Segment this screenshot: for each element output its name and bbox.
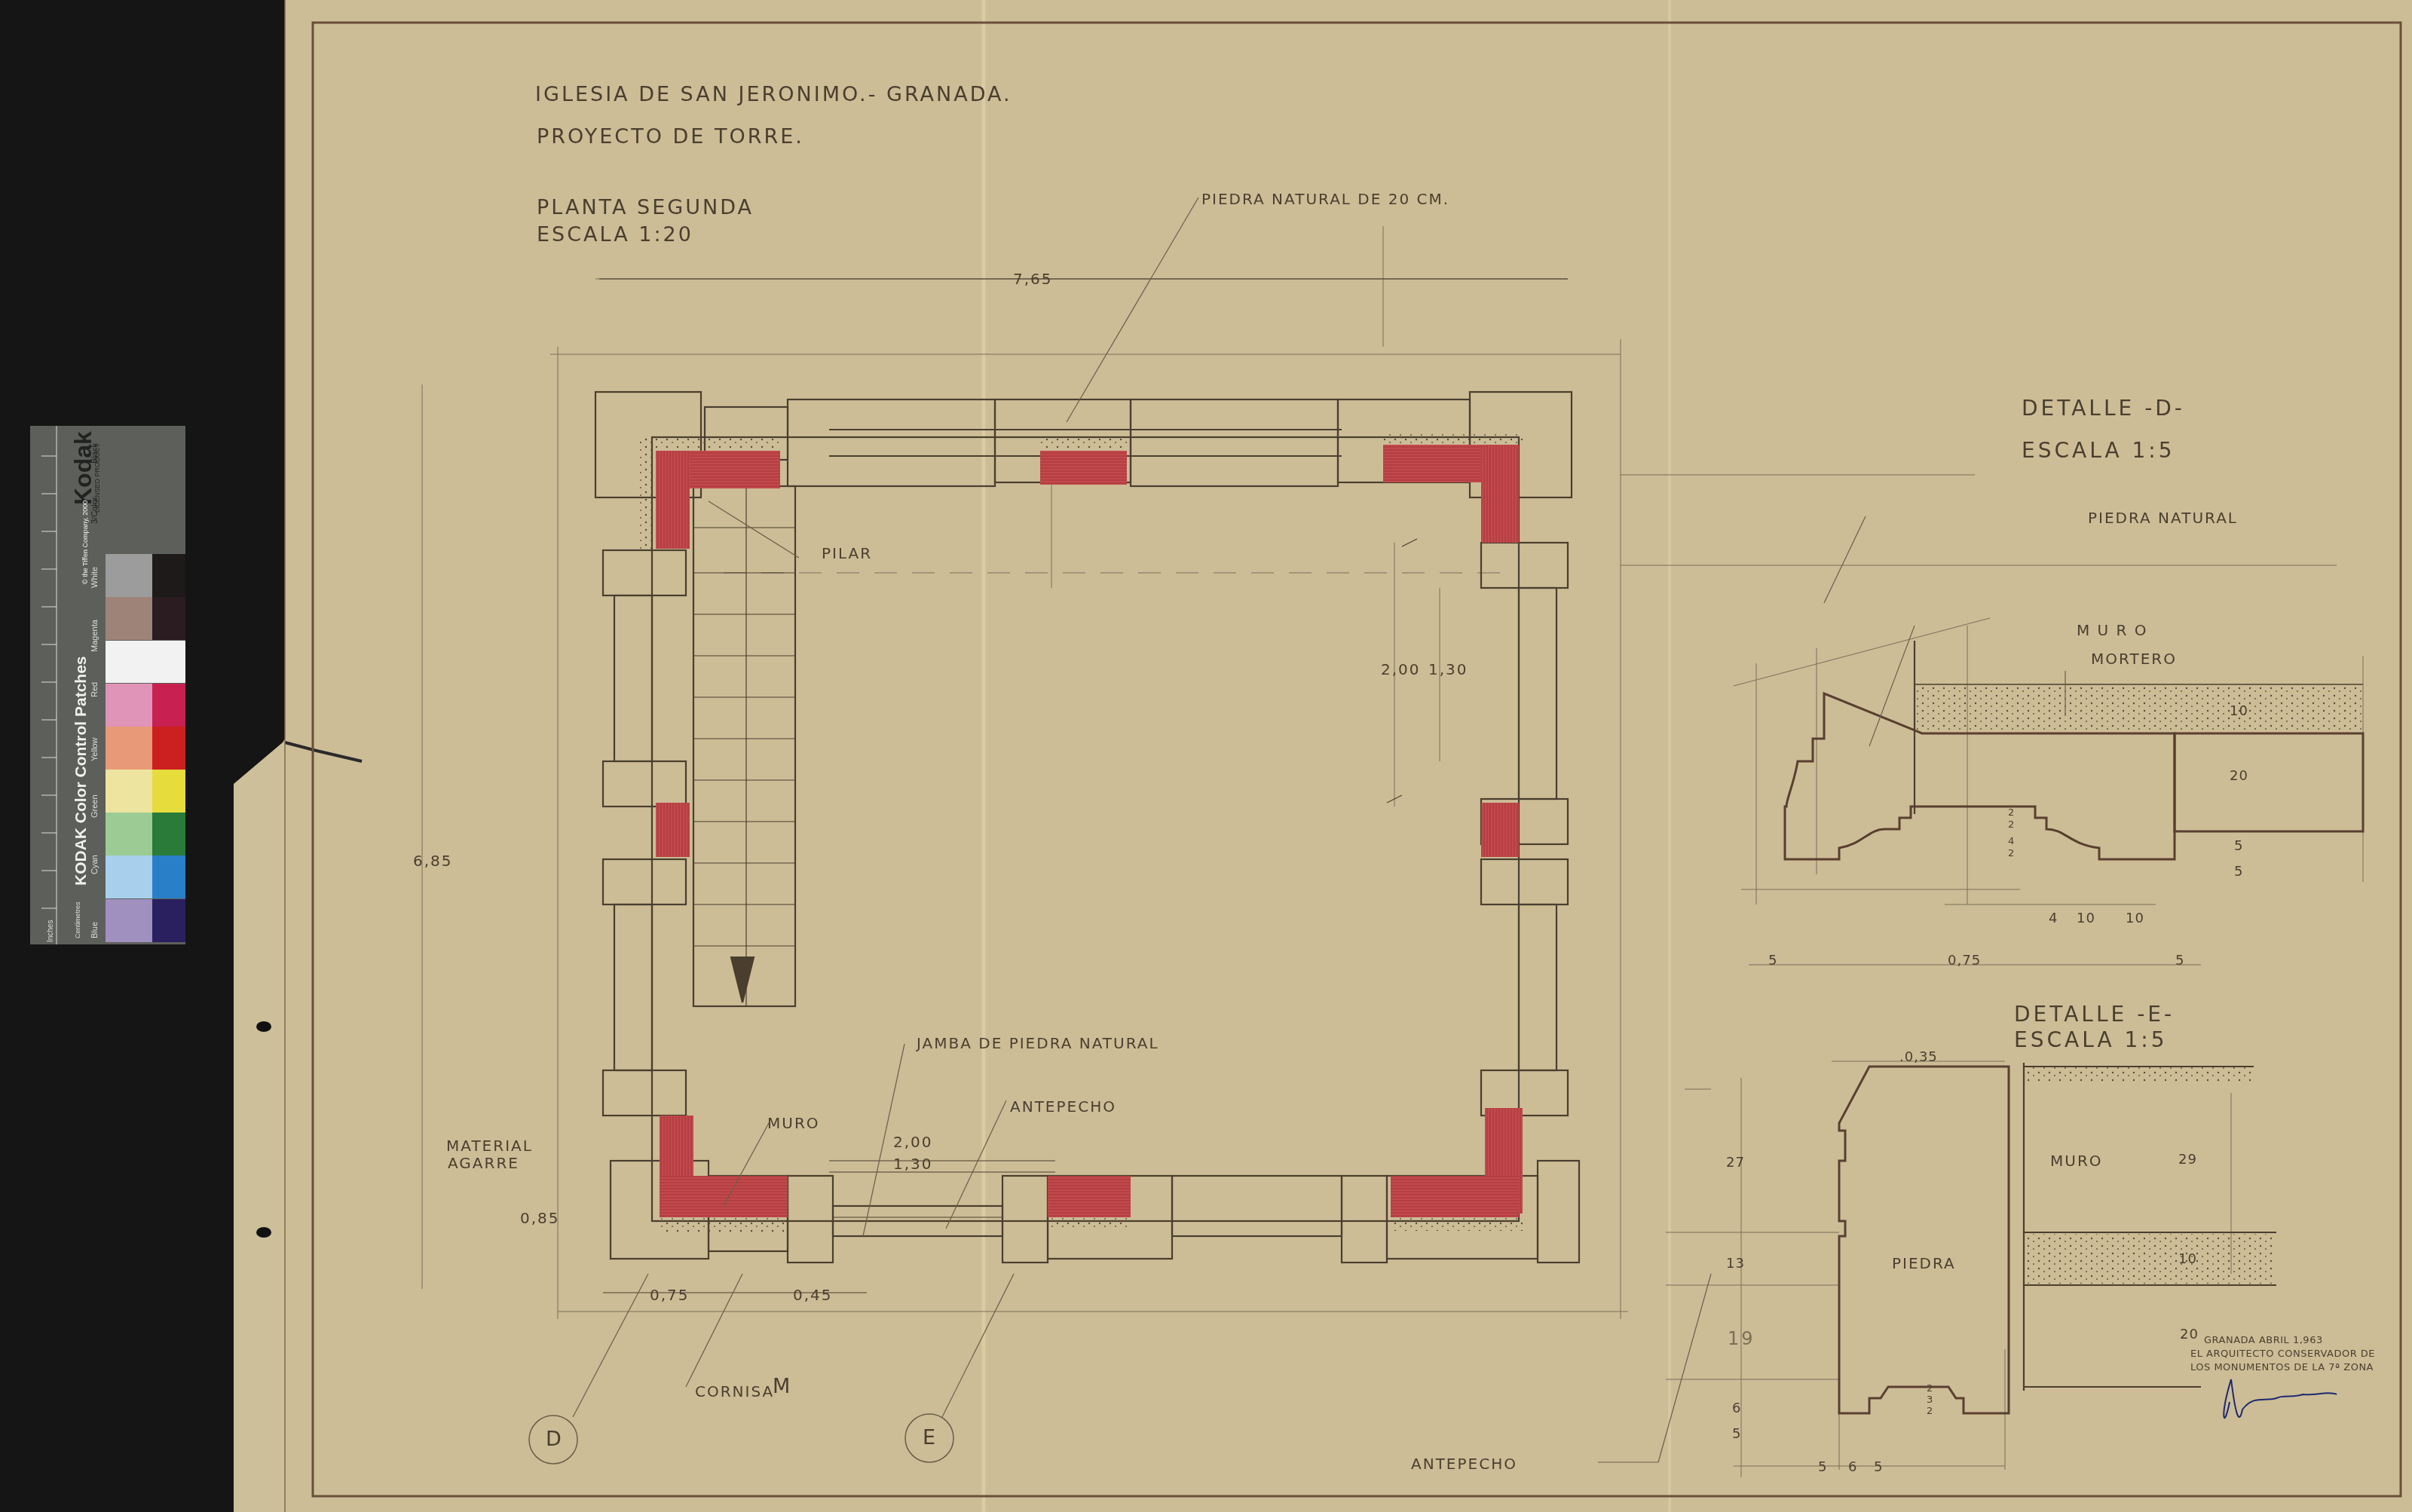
- detail-e-scale: ESCALA 1:5: [2014, 1030, 2168, 1051]
- detail-e-label-antepecho: ANTEPECHO: [1411, 1456, 1517, 1471]
- patch-label-cyan: Cyan: [90, 855, 99, 874]
- label-jamba: JAMBA DE PIEDRA NATURAL: [917, 1036, 1159, 1051]
- patch-dark-magenta: [152, 684, 185, 727]
- detail-e-right-20: 20: [2180, 1328, 2199, 1342]
- detail-d-label-piedra: PIEDRA NATURAL: [2088, 510, 2238, 525]
- dim-overall-height: 6,85: [413, 853, 453, 868]
- patch-label-green: Green: [90, 794, 99, 818]
- patch-label-white: White: [90, 567, 99, 588]
- detail-e-right-10: 10: [2178, 1253, 2197, 1266]
- detail-d-dim-5a: 5: [2234, 840, 2243, 853]
- label-muro: MURO: [767, 1116, 820, 1131]
- detail-e-step-2: 3: [1927, 1395, 1933, 1405]
- detail-d-step-1: 2: [2008, 808, 2015, 818]
- callout-d: D: [546, 1429, 564, 1449]
- patch-label-yellow: Yellow: [90, 738, 99, 761]
- detail-d-overall-075: 0,75: [1948, 954, 1981, 968]
- detail-d-bottom-10b: 10: [2126, 912, 2144, 926]
- label-material: MATERIAL: [446, 1138, 533, 1153]
- detail-e-left-27: 27: [1726, 1156, 1745, 1170]
- dim-side-200: 2,00: [1381, 662, 1421, 677]
- detail-e-label-piedra: PIEDRA: [1892, 1256, 1956, 1271]
- patch-dark-yellow: [152, 770, 185, 813]
- callout-e: E: [923, 1428, 938, 1448]
- kodak-units-cm: Centimetres: [74, 901, 81, 938]
- label-agarre: AGARRE: [448, 1155, 519, 1171]
- detail-e-left-6: 6: [1732, 1402, 1741, 1416]
- patch-label-red: Red: [90, 682, 99, 697]
- signature-line-1: GRANADA ABRIL 1,963: [2204, 1336, 2323, 1345]
- detail-e-left-5: 5: [1732, 1428, 1741, 1441]
- patch-light-blue: [106, 899, 152, 942]
- patch-label-blue: Blue: [90, 922, 99, 938]
- signature-line-2: EL ARQUITECTO CONSERVADOR DE: [2190, 1349, 2375, 1359]
- detail-e-top-dim: .0,35: [1899, 1051, 1938, 1064]
- detail-e-label-muro: MURO: [2050, 1153, 2103, 1168]
- signature-line-3: LOS MONUMENTOS DE LA 7ª ZONA: [2190, 1363, 2374, 1373]
- patch-light-green: [106, 813, 152, 855]
- detail-d-dim-5b: 5: [2234, 865, 2243, 879]
- dim-side-130: 1,30: [1428, 662, 1468, 677]
- dim-bottom-200: 2,00: [893, 1134, 933, 1149]
- detail-e-left-19: 19: [1728, 1330, 1755, 1348]
- detail-e-right-29: 29: [2178, 1153, 2197, 1167]
- patch-dark-blue: [152, 899, 185, 942]
- detail-d-overall-5b: 5: [2175, 954, 2184, 968]
- patch-light-magenta: [106, 684, 152, 727]
- detail-e-bottom-5b: 5: [1874, 1461, 1883, 1474]
- label-cornisa: CORNISA: [695, 1384, 774, 1399]
- plan-name: PLANTA SEGUNDA: [537, 197, 754, 218]
- dim-left-085: 0,85: [520, 1211, 560, 1226]
- plan-scale: ESCALA 1:20: [537, 225, 693, 245]
- label-antepecho: ANTEPECHO: [1010, 1099, 1116, 1114]
- patch-light-3color: [106, 597, 152, 640]
- patch-white: [106, 641, 185, 683]
- label-piedra-natural-20: PIEDRA NATURAL DE 20 CM.: [1201, 191, 1449, 207]
- title-church: IGLESIA DE SAN JERONIMO.- GRANADA.: [535, 84, 1012, 105]
- title-project: PROYECTO DE TORRE.: [537, 127, 804, 147]
- patch-light-red: [106, 727, 152, 770]
- patch-dark-black: [152, 554, 185, 597]
- patch-label-3color: 3/Color: [90, 497, 99, 524]
- detail-e-bottom-5a: 5: [1818, 1461, 1827, 1474]
- label-cornisa-mark: M: [773, 1376, 792, 1397]
- patch-label-black: Black: [90, 443, 99, 464]
- patch-dark-red: [152, 727, 185, 770]
- detail-d-label-muro: M U R O: [2077, 623, 2148, 638]
- patch-dark-green: [152, 813, 185, 855]
- detail-d-label-mortero: MORTERO: [2091, 651, 2177, 666]
- kodak-color-target: KODAK Color Control Patches Kodak LICENS…: [30, 426, 185, 944]
- dim-bottom-075: 0,75: [650, 1287, 690, 1302]
- detail-e-step-1: 2: [1927, 1384, 1933, 1394]
- label-pilar: PILAR: [822, 546, 872, 561]
- detail-e-left-13: 13: [1726, 1257, 1745, 1271]
- detail-d-overall-5a: 5: [1768, 954, 1777, 968]
- dim-bottom-130: 1,30: [893, 1156, 933, 1171]
- detail-d-dim-10: 10: [2230, 705, 2248, 718]
- detail-d-bottom-10a: 10: [2077, 912, 2095, 926]
- patch-light-cyan: [106, 855, 152, 898]
- kodak-title: KODAK Color Control Patches: [72, 656, 90, 886]
- kodak-copyright: © the Tiffen Company, 2000: [81, 500, 89, 584]
- detail-d-step-3: 4: [2008, 837, 2015, 846]
- detail-d-scale: ESCALA 1:5: [2022, 440, 2175, 461]
- patch-light-yellow: [106, 770, 152, 813]
- detail-e-step-3: 2: [1927, 1406, 1933, 1416]
- detail-e-bottom-6: 6: [1848, 1461, 1857, 1474]
- patch-dark-cyan: [152, 855, 185, 898]
- dim-bottom-045: 0,45: [793, 1287, 833, 1302]
- patch-dark-3color: [152, 597, 185, 640]
- detail-d-step-2: 2: [2008, 820, 2015, 830]
- detail-d-title: DETALLE -D-: [2022, 398, 2185, 419]
- detail-d-dim-20: 20: [2230, 770, 2248, 783]
- detail-e-title: DETALLE -E-: [2014, 1004, 2175, 1025]
- kodak-units-in: Inches: [47, 920, 55, 942]
- detail-d-bottom-4: 4: [2049, 912, 2058, 926]
- drawing-sheet: [0, 0, 2412, 1512]
- patch-label-magenta: Magenta: [90, 620, 99, 652]
- dim-overall-width: 7,65: [1013, 271, 1053, 286]
- patch-light-black: [106, 554, 152, 597]
- detail-d-step-4: 2: [2008, 849, 2015, 859]
